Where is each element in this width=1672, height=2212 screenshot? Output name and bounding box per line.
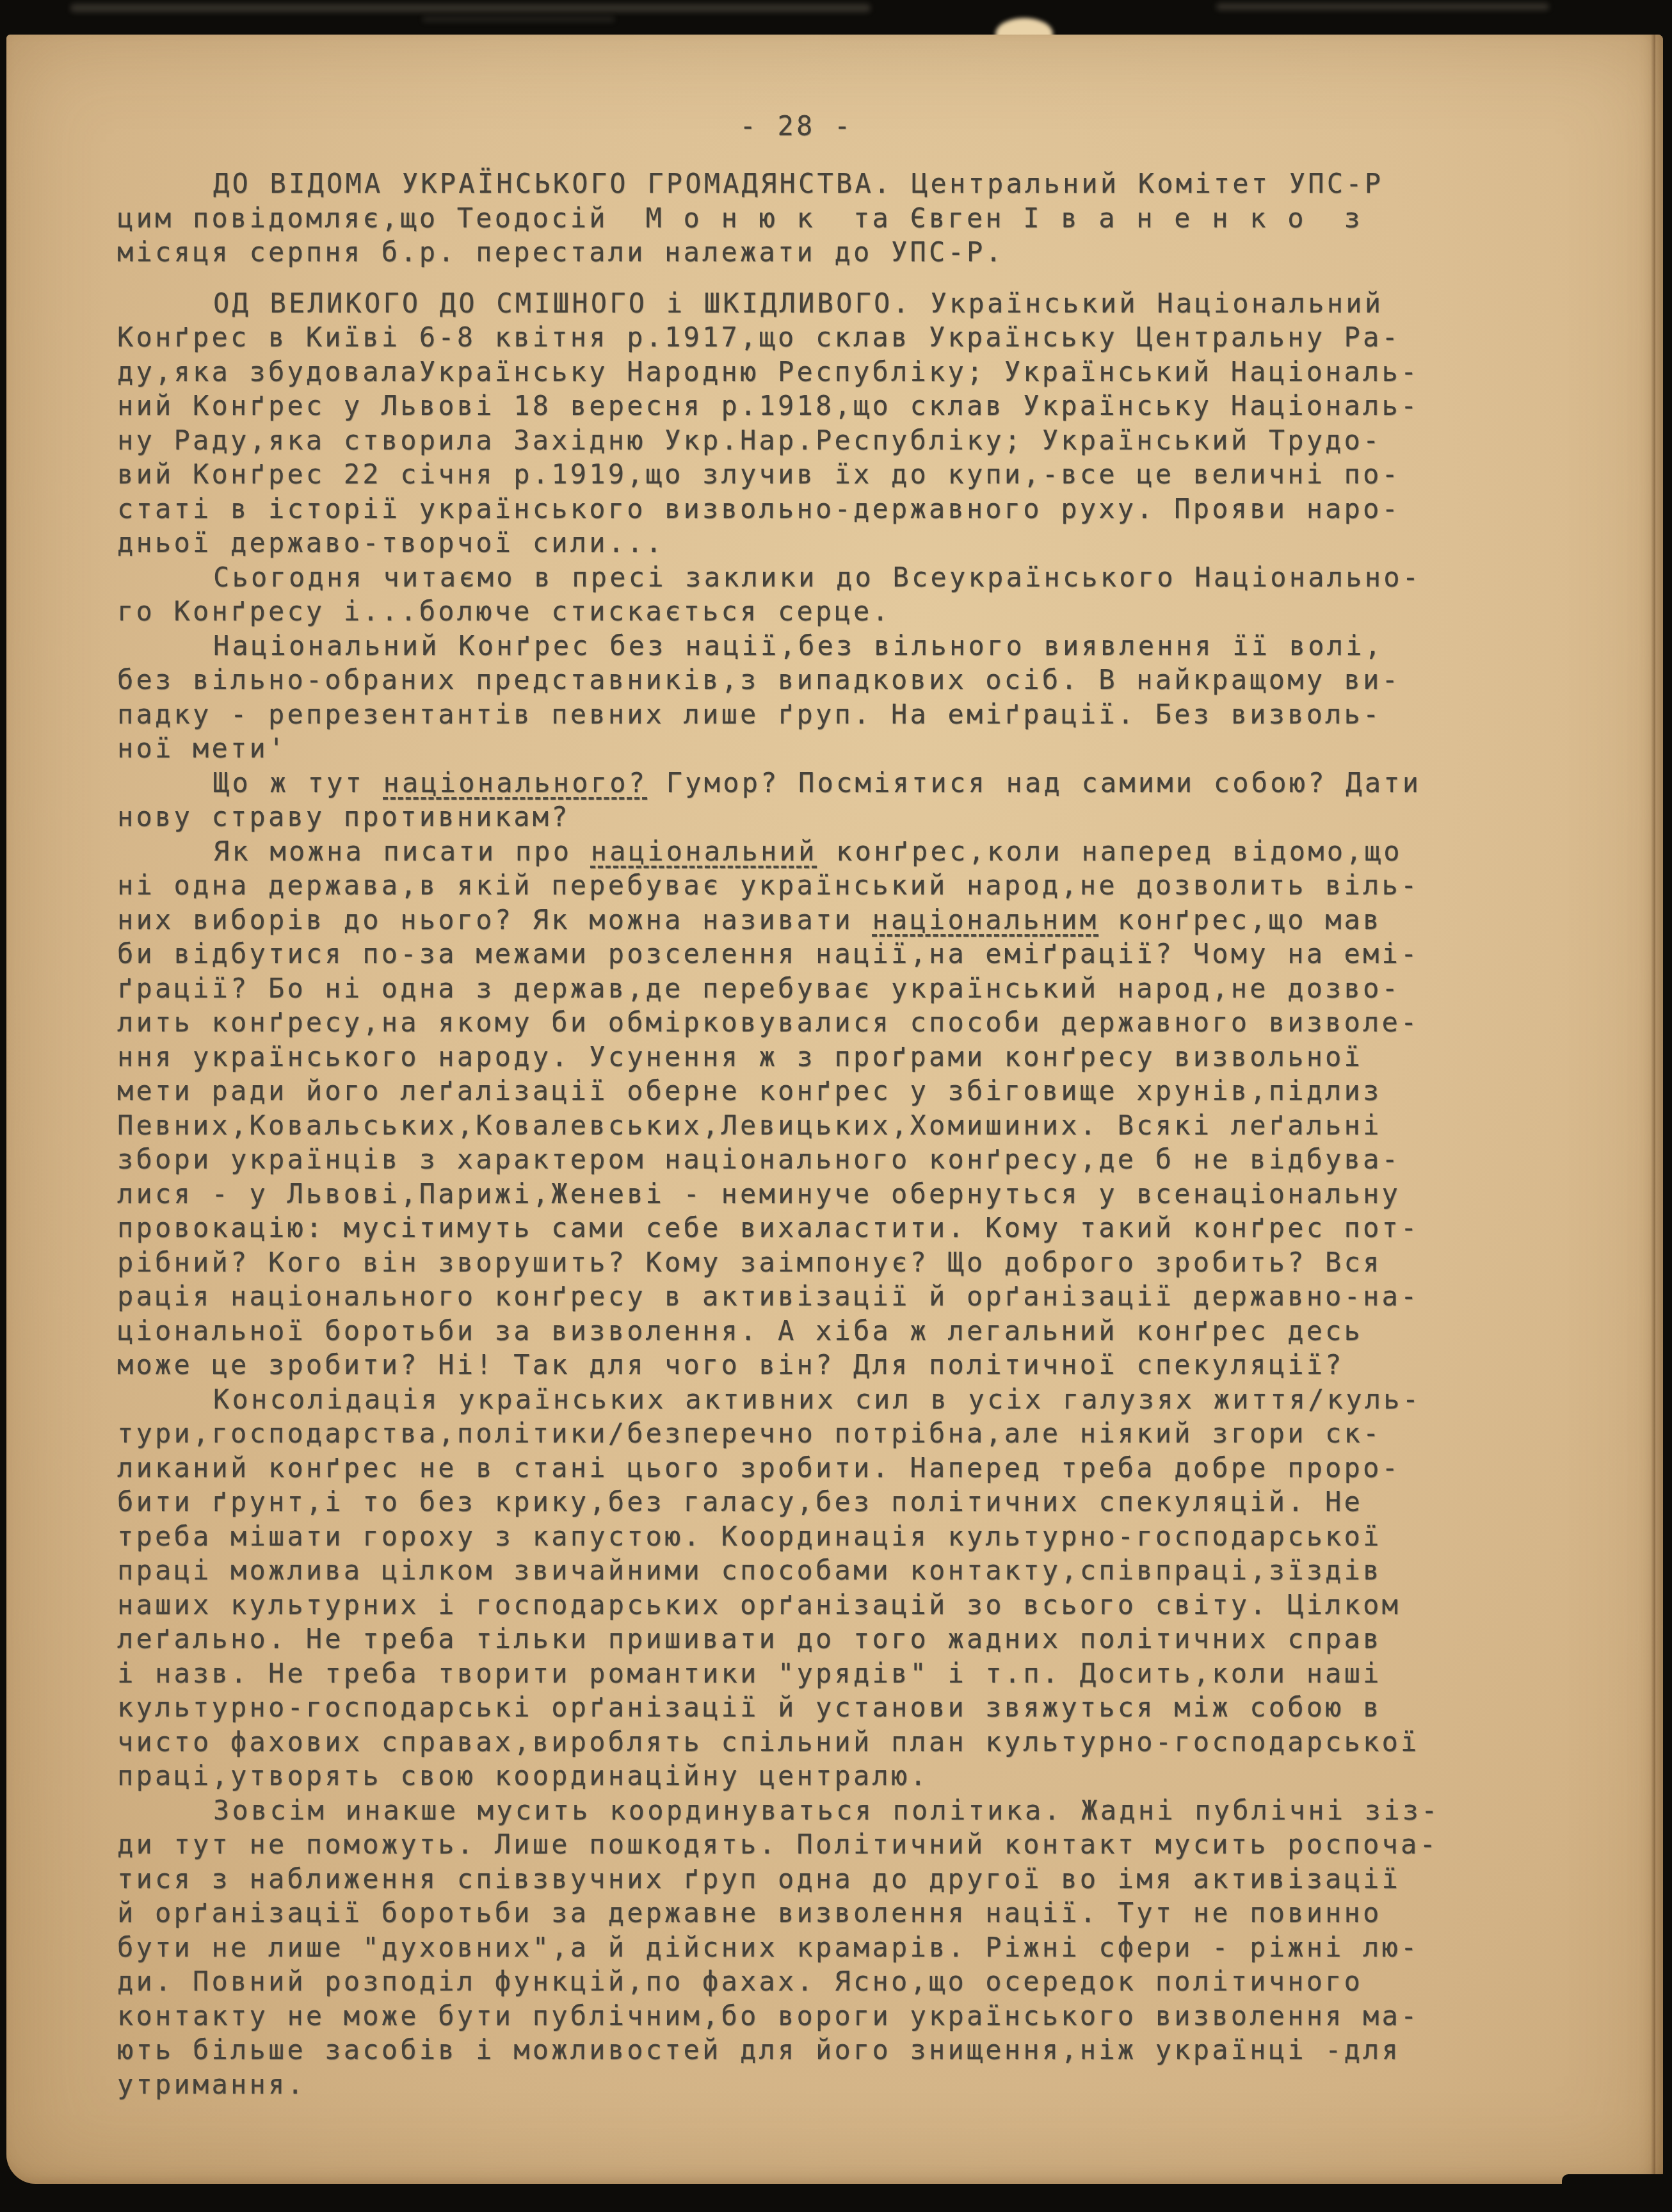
text-line: культурно-господарські орґанізації й уст… [117,1690,1637,1725]
text-line: праці,утворять свою координаційну центра… [117,1759,1637,1793]
text-segment: Гумор? Посміятися над самими собою? Дати [647,767,1421,798]
text-line: падку - репрезентантів певних лише ґруп.… [117,697,1637,732]
text-line: ну Раду,яка створила Західню Укр.Нар.Рес… [117,423,1637,458]
text-line: вий Конґрес 22 січня р.1919,що злучив їх… [117,457,1637,492]
text-line: Національний Конґрес без нації,без вільн… [117,629,1637,663]
text-line: рібний? Кого він зворушить? Кому заімпон… [117,1245,1637,1280]
text-segment: збори українців з характером національно… [117,1143,1401,1175]
text-line: збори українців з характером національно… [117,1142,1637,1177]
text-segment: й орґанізації боротьби за державне визво… [117,1897,1382,1928]
text-block: ДО ВІДОМА УКРАЇНСЬКОГО ГРОМАДЯНСТВА. Цен… [117,166,1637,2101]
text-segment: тися з наближення співзвучних ґруп одна … [117,1863,1401,1894]
text-line: праці можлива цілком звичайними способам… [117,1553,1637,1588]
text-line: утримання. [117,2067,1637,2102]
text-line: й орґанізації боротьби за державне визво… [117,1896,1637,1930]
text-segment: конґрес,що мав [1098,904,1381,935]
text-segment: ди тут не поможуть. Лише пошкодять. Полі… [117,1829,1438,1860]
film-border-streak [1216,3,1549,10]
text-segment: місяця серпня б.р. перестали належати до… [117,236,1004,268]
text-line: мети ради його леґалізації оберне конґре… [117,1074,1637,1108]
film-border-notch [1562,2174,1672,2212]
text-segment: без вільно-обраних представників,з випад… [117,664,1401,695]
text-line: без вільно-обраних представників,з випад… [117,663,1637,697]
text-segment: ють більше засобів і можливостей для йог… [117,2034,1401,2065]
underlined-phrase: національного? [383,767,647,798]
text-segment: статі в історії українського визвольно-д… [117,493,1401,524]
text-segment: них виборів до нього? Як можна називати [117,904,872,935]
text-segment: ди. Повний розподіл функцій,по фахах. Яс… [117,1966,1363,1997]
text-segment: Що ж тут [213,767,383,798]
text-line: ґрації? Бо ні одна з держав,де перебуває… [117,971,1637,1006]
text-segment: бути не лише "духовних",а й дійсних крам… [117,1932,1420,1963]
text-segment: праці можлива цілком звичайними способам… [117,1554,1382,1586]
text-segment: Національний Конґрес без нації,без вільн… [213,630,1383,661]
text-segment: ОД ВЕЛИКОГО ДО СМІШНОГО і ШКІДЛИВОГО. Ук… [213,287,1383,319]
text-segment: го Конґресу і...болюче стискається серце… [117,595,891,627]
text-segment: ні одна держава,в якій перебуває українс… [117,869,1420,901]
underlined-phrase: національним [872,904,1098,935]
text-line: леґально. Не треба тільки пришивати до т… [117,1622,1637,1656]
text-line: рація національного конґресу в активізац… [117,1279,1637,1314]
text-segment: культурно-господарські орґанізації й уст… [117,1691,1382,1723]
text-line: го Конґресу і...болюче стискається серце… [117,594,1637,629]
text-line: нову страву противникам? [117,800,1637,834]
text-line: бити ґрунт,і то без крику,без галасу,без… [117,1485,1637,1519]
text-segment: мети ради його леґалізації оберне конґре… [117,1075,1382,1106]
text-line: лися - у Львові,Парижі,Женеві - неминуче… [117,1177,1637,1211]
text-line: ної мети' [117,731,1637,766]
text-segment: дньої державо-творчої сили... [117,527,664,558]
film-border-streak [422,17,615,22]
text-line: ні одна держава,в якій перебуває українс… [117,868,1637,903]
text-segment: ний Конґрес у Львові 18 вересня р.1918,щ… [117,390,1420,421]
text-segment: Консолідація українських активних сил в … [213,1384,1421,1415]
text-segment: контакту не може бути публічним,бо ворог… [117,2000,1420,2031]
text-segment: ду,яка збудовалаУкраїнську Народню Респу… [117,356,1420,387]
text-segment: ґрації? Бо ні одна з держав,де перебуває… [117,973,1401,1004]
scan-background: - 28 - ДО ВІДОМА УКРАЇНСЬКОГО ГРОМАДЯНСТ… [0,0,1672,2212]
text-segment: лить конґресу,на якому би обмірковувалис… [117,1006,1420,1038]
text-line: ння українського народу. Усунення ж з пр… [117,1040,1637,1074]
text-line: Зовсім инакше мусить координуваться полі… [117,1793,1637,1828]
text-segment: рація національного конґресу в активізац… [117,1280,1420,1312]
text-segment: би відбутися по-за межами розселення нац… [117,938,1420,969]
text-segment: нову страву противникам? [117,801,570,832]
text-line: лить конґресу,на якому би обмірковувалис… [117,1005,1637,1040]
text-segment: Певних,Ковальських,Ковалевських,Левицьки… [117,1110,1382,1141]
text-line: ликаний конґрес не в стані цього зробити… [117,1451,1637,1485]
text-line: ду,яка збудовалаУкраїнську Народню Респу… [117,355,1637,389]
text-line: ДО ВІДОМА УКРАЇНСЬКОГО ГРОМАДЯНСТВА. Цен… [117,166,1637,201]
text-segment: провокацію: мусітимуть сами себе вихалас… [117,1212,1420,1243]
text-line: може це зробити? Ні! Так для чого він? Д… [117,1348,1637,1382]
text-segment: чисто фахових справах,вироблять спільний… [117,1726,1420,1757]
text-segment: Конґрес в Київі 6-8 квітня р.1917,що скл… [117,321,1401,353]
text-segment: леґально. Не треба тільки пришивати до т… [117,1623,1382,1654]
page-number-text: - 28 - [740,110,853,141]
text-segment: може це зробити? Ні! Так для чого він? Д… [117,1349,1344,1380]
text-line: треба мішати гороху з капустою. Координа… [117,1519,1637,1554]
text-segment: наших культурних і господарських орґаніз… [117,1589,1401,1620]
paper-page: - 28 - ДО ВІДОМА УКРАЇНСЬКОГО ГРОМАДЯНСТ… [6,35,1663,2184]
text-segment: бити ґрунт,і то без крику,без галасу,без… [117,1486,1363,1517]
text-segment: конґрес,коли наперед відомо,що [817,836,1403,867]
text-line: Сьогодня читаємо в пресі заклики до Всеу… [117,560,1637,595]
text-segment: Сьогодня читаємо в пресі заклики до Всеу… [213,561,1421,593]
text-line: Що ж тут національного? Гумор? Посміятис… [117,766,1637,800]
text-line: статі в історії українського визвольно-д… [117,492,1637,526]
text-line: Конґрес в Київі 6-8 квітня р.1917,що скл… [117,320,1637,355]
text-segment: Як можна писати про [213,836,591,867]
text-segment: тури,господарства,політики/безперечно по… [117,1417,1382,1449]
text-line: провокацію: мусітимуть сами себе вихалас… [117,1211,1637,1245]
underlined-phrase: національний [591,836,817,867]
text-line: ціональної боротьби за визволення. А хіб… [117,1314,1637,1348]
text-line: тися з наближення співзвучних ґруп одна … [117,1862,1637,1896]
text-line: ди. Повний розподіл функцій,по фахах. Яс… [117,1964,1637,1999]
text-line: ди тут не поможуть. Лише пошкодять. Полі… [117,1827,1637,1862]
text-segment: ну Раду,яка створила Західню Укр.Нар.Рес… [117,424,1382,456]
text-segment: утримання. [117,2069,306,2100]
text-segment: треба мішати гороху з капустою. Координа… [117,1521,1382,1552]
film-border-streak [70,4,871,12]
text-line: місяця серпня б.р. перестали належати до… [117,235,1637,270]
text-line: би відбутися по-за межами розселення нац… [117,937,1637,971]
text-segment: ДО ВІДОМА УКРАЇНСЬКОГО ГРОМАДЯНСТВА. Цен… [213,168,1383,199]
text-segment: ликаний конґрес не в стані цього зробити… [117,1452,1401,1483]
text-line: Консолідація українських активних сил в … [117,1382,1637,1417]
text-segment: і назв. Не треба творити романтики "уряд… [117,1658,1382,1689]
text-line: дньої державо-творчої сили... [117,526,1637,560]
page-number: - 28 - [6,110,1663,141]
text-segment: праці,утворять свою координаційну центра… [117,1760,929,1791]
text-segment: падку - репрезентантів певних лише ґруп.… [117,698,1382,730]
text-line: Певних,Ковальських,Ковалевських,Левицьки… [117,1108,1637,1143]
text-line: ОД ВЕЛИКОГО ДО СМІШНОГО і ШКІДЛИВОГО. Ук… [117,286,1637,321]
text-segment: вий Конґрес 22 січня р.1919,що злучив їх… [117,458,1401,490]
text-line: тури,господарства,політики/безперечно по… [117,1416,1637,1451]
text-line: бути не лише "духовних",а й дійсних крам… [117,1930,1637,1965]
text-segment: ння українського народу. Усунення ж з пр… [117,1041,1363,1072]
text-line: контакту не може бути публічним,бо ворог… [117,1999,1637,2033]
text-line: Як можна писати про національний конґрес… [117,834,1637,869]
text-line: цим повідомляє,що Теодосій М о н ю к та … [117,201,1637,236]
text-segment: ної мети' [117,732,287,764]
text-segment: ціональної боротьби за визволення. А хіб… [117,1315,1363,1346]
text-line: ють більше засобів і можливостей для йог… [117,2033,1637,2067]
text-segment: лися - у Львові,Парижі,Женеві - неминуче… [117,1178,1401,1209]
text-line: і назв. Не треба творити романтики "уряд… [117,1656,1637,1691]
text-line: них виборів до нього? Як можна називати … [117,903,1637,937]
text-line: наших культурних і господарських орґаніз… [117,1588,1637,1622]
text-segment: цим повідомляє,що Теодосій М о н ю к та … [117,202,1363,234]
text-line: чисто фахових справах,вироблять спільний… [117,1725,1637,1759]
text-line: ний Конґрес у Львові 18 вересня р.1918,щ… [117,389,1637,423]
text-segment: Зовсім инакше мусить координуваться полі… [213,1795,1440,1826]
text-segment: рібний? Кого він зворушить? Кому заімпон… [117,1247,1382,1278]
